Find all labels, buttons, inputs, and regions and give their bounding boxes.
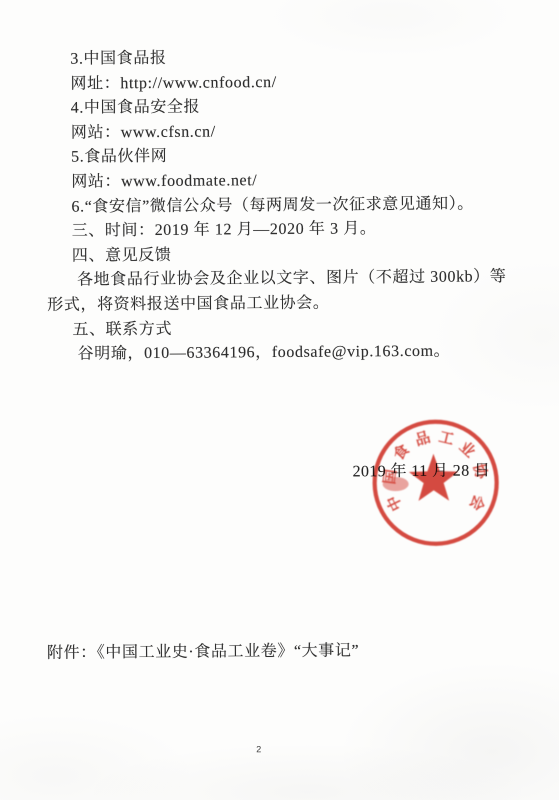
seal-character: 会 bbox=[466, 492, 489, 513]
document-line: 6.“食安信”微信公众号（每两周发一次征求意见通知）。 bbox=[46, 192, 536, 220]
seal-character: 工 bbox=[437, 429, 455, 448]
document-line: 谷明瑜，010—63364196，foodsafe@vip.163.com。 bbox=[48, 339, 538, 367]
official-seal: 中国食品工业协会 bbox=[365, 412, 506, 553]
seal-character: 协 bbox=[470, 462, 490, 482]
seal-character: 中 bbox=[384, 493, 406, 514]
page-number: 2 bbox=[249, 744, 269, 754]
seal-character: 业 bbox=[456, 438, 479, 461]
document-line: 各地食品行业协会及企业以文字、图片（不超过 300kb）等 bbox=[47, 265, 537, 293]
star-icon bbox=[409, 454, 459, 501]
page-content: 3.中国食品报网址：http://www.cnfood.cn/4.中国食品安全报… bbox=[0, 0, 559, 800]
document-line: 网站：www.cfsn.cn/ bbox=[46, 118, 536, 146]
seal-character: 品 bbox=[413, 429, 432, 450]
attachment-note: 附件：《中国工业史·食品工业卷》“大事记” bbox=[47, 637, 359, 662]
seal-graphic: 中国食品工业协会 bbox=[365, 412, 506, 553]
seal-character: 食 bbox=[390, 441, 413, 464]
document-line: 网址：http://www.cnfood.cn/ bbox=[45, 69, 535, 97]
document-body: 3.中国食品报网址：http://www.cnfood.cn/4.中国食品安全报… bbox=[45, 44, 537, 368]
seal-character: 国 bbox=[380, 468, 400, 485]
scanned-document-page: 3.中国食品报网址：http://www.cnfood.cn/4.中国食品安全报… bbox=[0, 0, 559, 800]
document-line: 4.中国食品安全报 bbox=[46, 93, 536, 121]
document-line: 3.中国食品报 bbox=[45, 44, 535, 72]
